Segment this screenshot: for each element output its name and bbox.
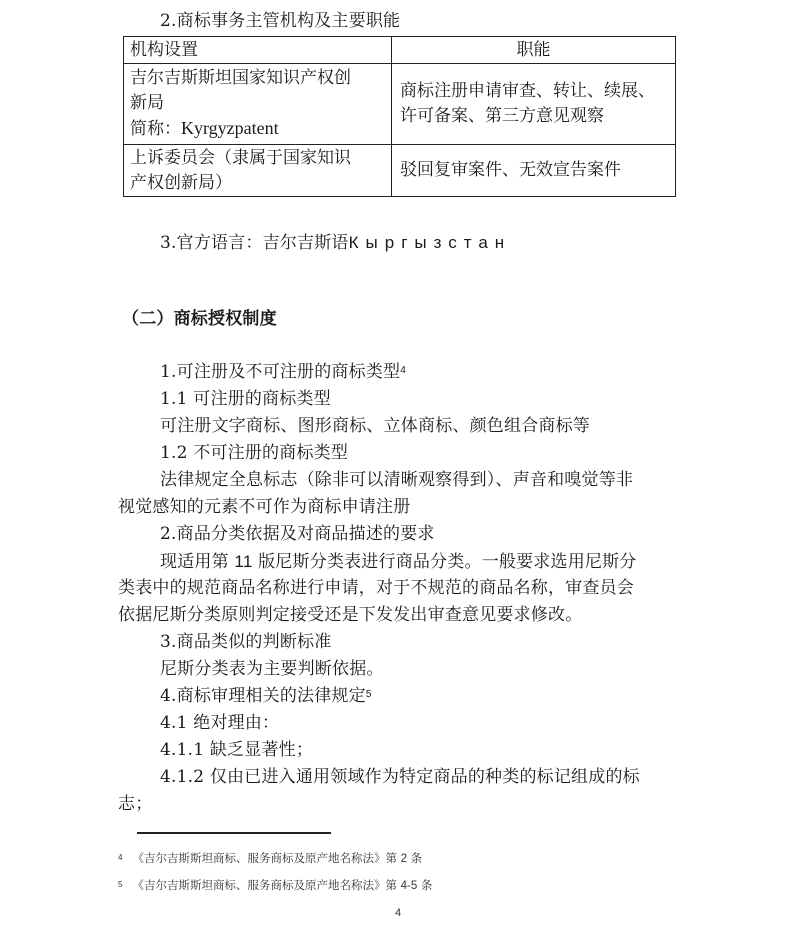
authorities-table: 机构设置 职能 吉尔吉斯斯坦国家知识产权创 新局 简称：Kyrgyzpatent…: [123, 36, 676, 197]
org-name-line: 吉尔吉斯斯坦国家知识产权创: [130, 66, 385, 91]
table-cell-organization: 吉尔吉斯斯坦国家知识产权创 新局 简称：Kyrgyzpatent: [124, 64, 392, 145]
org-name-line: 上诉委员会（隶属于国家知识: [130, 146, 385, 171]
section-4-1-2-line1: 4.1.2 仅由已进入通用领域作为特定商品的种类的标记组成的标: [160, 764, 640, 791]
official-language-label: 3.官方语言：吉尔吉斯语: [160, 233, 349, 253]
section-2-text-line3: 依据尼斯分类原则判定接受还是下发发出审查意见要求修改。: [118, 602, 582, 629]
table-row: 上诉委员会（隶属于国家知识 产权创新局） 驳回复审案件、无效宣告案件: [124, 145, 676, 197]
footnote-article: 2: [401, 853, 407, 865]
section-1-1-text: 可注册文字商标、图形商标、立体商标、颜色组合商标等: [160, 413, 590, 440]
function-line: 许可备案、第三方意见观察: [400, 104, 669, 129]
footnote-5: 5《吉尔吉斯斯坦商标、服务商标及原产地名称法》第 4-5 条: [118, 877, 432, 894]
section-4-1-2-line2: 志；: [118, 791, 152, 818]
table-cell-functions: 商标注册申请审查、转让、续展、 许可备案、第三方意见观察: [392, 64, 676, 145]
section-1-title: 1.可注册及不可注册的商标类型4: [160, 359, 406, 386]
section-title-authorities: 2.商标事务主管机构及主要职能: [160, 8, 400, 35]
text-fragment: 现适用第: [160, 552, 229, 572]
nice-edition-number: 11: [234, 552, 252, 571]
section-3-text: 尼斯分类表为主要判断依据。: [160, 656, 384, 683]
footnote-suffix: 条: [421, 878, 433, 892]
org-name-line: 产权创新局）: [130, 171, 385, 196]
section-4-title-text: 4.商标审理相关的法律规定: [160, 686, 366, 706]
section-1-title-text: 1.可注册及不可注册的商标类型: [160, 362, 400, 382]
text-fragment: 版尼斯分类表进行商品分类。一般要求选用尼斯分: [258, 552, 636, 572]
section-1-2-text-line1: 法律规定全息标志（除非可以清晰观察得到）、声音和嗅觉等非: [160, 467, 633, 494]
abbr-value: Kyrgyzpatent: [181, 118, 279, 138]
page-number: 4: [395, 907, 401, 919]
section-4-1-title: 4.1 绝对理由：: [160, 710, 279, 737]
section-4-1-1: 4.1.1 缺乏显著性；: [160, 737, 313, 764]
section-1-1-title: 1.1 可注册的商标类型: [160, 386, 331, 413]
section-2-text-line1: 现适用第 11 版尼斯分类表进行商品分类。一般要求选用尼斯分: [160, 548, 637, 575]
footnote-text: 《吉尔吉斯斯坦商标、服务商标及原产地名称法》第: [132, 851, 397, 865]
section-2-title: 2.商品分类依据及对商品描述的要求: [160, 521, 435, 548]
footnote-separator: [137, 832, 331, 834]
section-3-title: 3.商品类似的判断标准: [160, 629, 331, 656]
function-line: 商标注册申请审查、转让、续展、: [400, 79, 669, 104]
footnote-4: 4《吉尔吉斯斯坦商标、服务商标及原产地名称法》第 2 条: [118, 850, 422, 867]
footnote-article: 4-5: [401, 880, 418, 892]
table-header-organization: 机构设置: [124, 37, 392, 64]
section-2-text-line2: 类表中的规范商品名称进行申请，对于不规范的商品名称，审查员会: [118, 575, 634, 602]
footnote-ref-5[interactable]: 5: [366, 689, 372, 700]
org-name-line: 新局: [130, 91, 385, 116]
abbr-label: 简称：: [130, 119, 181, 139]
function-line: 驳回复审案件、无效宣告案件: [400, 158, 669, 183]
official-language-line: 3.官方语言：吉尔吉斯语Кыргызстан: [160, 229, 511, 256]
table-header-functions: 职能: [392, 37, 676, 64]
table-cell-functions: 驳回复审案件、无效宣告案件: [392, 145, 676, 197]
section-1-2-title: 1.2 不可注册的商标类型: [160, 440, 348, 467]
table-row: 吉尔吉斯斯坦国家知识产权创 新局 简称：Kyrgyzpatent 商标注册申请审…: [124, 64, 676, 145]
footnote-suffix: 条: [411, 851, 423, 865]
footnote-mark: 5: [118, 880, 122, 889]
footnote-mark: 4: [118, 853, 122, 862]
org-abbreviation: 简称：Kyrgyzpatent: [130, 116, 385, 142]
footnote-ref-4[interactable]: 4: [400, 365, 406, 376]
section-1-2-text-line2: 视觉感知的元素不可作为商标申请注册: [118, 494, 410, 521]
footnote-text: 《吉尔吉斯斯坦商标、服务商标及原产地名称法》第: [132, 878, 397, 892]
table-cell-organization: 上诉委员会（隶属于国家知识 产权创新局）: [124, 145, 392, 197]
section-4-title: 4.商标审理相关的法律规定5: [160, 683, 372, 710]
official-language-cyrillic: Кыргызстан: [349, 233, 512, 252]
heading-trademark-authorization: （二）商标授权制度: [122, 306, 277, 333]
table-header-row: 机构设置 职能: [124, 37, 676, 64]
